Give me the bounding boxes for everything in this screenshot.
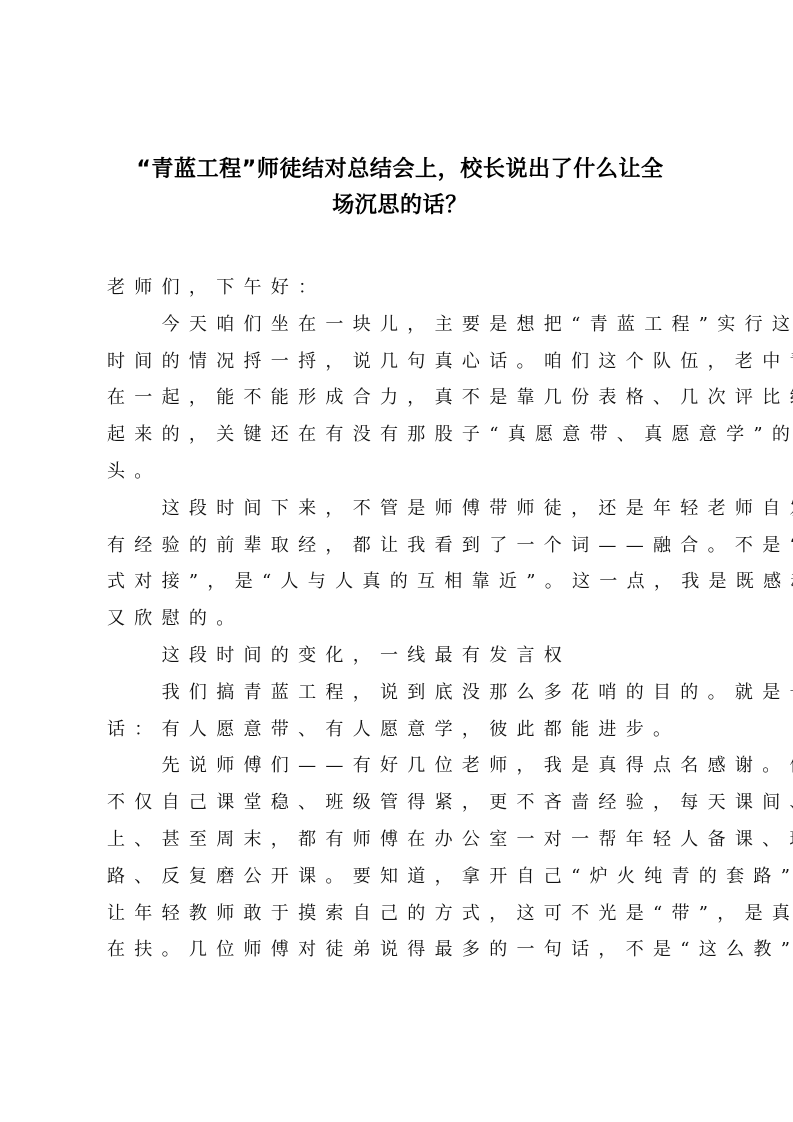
text-line: 路、反复磨公开课。要知道，拿开自己“炉火纯青的套路”， xyxy=(107,859,687,896)
paragraph-1: 今天咱们坐在一块儿，主要是想把“青蓝工程”实行这段 时间的情况捋一捋，说几句真心… xyxy=(107,307,687,491)
text-line: 让年轻教师敢于摸索自己的方式，这可不光是“带”，是真心 xyxy=(107,896,687,933)
salutation-text: 老师们，下午好： xyxy=(107,270,687,307)
paragraph-2: 这段时间下来，不管是师傅带师徒，还是年轻老师自发向 有经验的前辈取经，都让我看到… xyxy=(107,491,687,638)
text-line: 在一起，能不能形成合力，真不是靠几份表格、几次评比维系 xyxy=(107,380,687,417)
title-line-1: “青蓝工程”师徒结对总结会上，校长说出了什么让全 xyxy=(100,152,700,188)
text-line: 有经验的前辈取经，都让我看到了一个词——融合。不是“形 xyxy=(107,528,687,565)
section-heading: 这段时间的变化，一线最有发言权 xyxy=(107,638,687,675)
title-line-2: 场沉思的话？ xyxy=(100,188,700,224)
text-line: 头。 xyxy=(107,454,687,491)
text-line: 在扶。几位师傅对徒弟说得最多的一句话，不是“这么教”， xyxy=(107,932,687,969)
text-line: 又欣慰的。 xyxy=(107,601,687,638)
section-heading-text: 这段时间的变化，一线最有发言权 xyxy=(107,638,687,675)
text-line: 我们搞青蓝工程，说到底没那么多花哨的目的。就是一句 xyxy=(107,675,687,712)
text-line: 今天咱们坐在一块儿，主要是想把“青蓝工程”实行这段 xyxy=(107,307,687,344)
salutation: 老师们，下午好： xyxy=(107,270,687,307)
text-line: 这段时间下来，不管是师傅带师徒，还是年轻老师自发向 xyxy=(107,491,687,528)
document-body: 老师们，下午好： 今天咱们坐在一块儿，主要是想把“青蓝工程”实行这段 时间的情况… xyxy=(107,270,687,969)
paragraph-4: 先说师傅们——有好几位老师，我是真得点名感谢。你们 不仅自己课堂稳、班级管得紧，… xyxy=(107,748,687,969)
document-page: “青蓝工程”师徒结对总结会上，校长说出了什么让全 场沉思的话？ 老师们，下午好：… xyxy=(0,0,793,1122)
text-line: 先说师傅们——有好几位老师，我是真得点名感谢。你们 xyxy=(107,748,687,785)
document-title: “青蓝工程”师徒结对总结会上，校长说出了什么让全 场沉思的话？ xyxy=(100,152,700,224)
text-line: 上、甚至周末，都有师傅在办公室一对一帮年轻人备课、理思 xyxy=(107,822,687,859)
text-line: 话：有人愿意带、有人愿意学，彼此都能进步。 xyxy=(107,712,687,749)
text-line: 起来的，关键还在有没有那股子“真愿意带、真愿意学”的劲 xyxy=(107,417,687,454)
text-line: 时间的情况捋一捋，说几句真心话。咱们这个队伍，老中青搭 xyxy=(107,344,687,381)
paragraph-3: 我们搞青蓝工程，说到底没那么多花哨的目的。就是一句 话：有人愿意带、有人愿意学，… xyxy=(107,675,687,749)
text-line: 不仅自己课堂稳、班级管得紧，更不吝啬经验，每天课间、晚 xyxy=(107,785,687,822)
text-line: 式对接”，是“人与人真的互相靠近”。这一点，我是既感动 xyxy=(107,564,687,601)
